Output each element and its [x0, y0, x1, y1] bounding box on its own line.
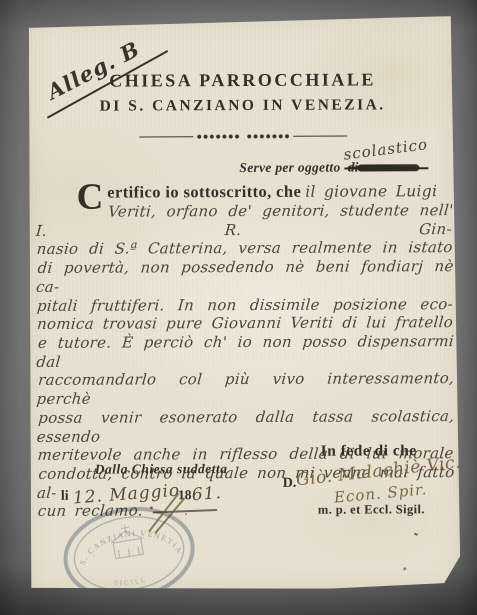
handwritten-line: pitali fruttiferi. In non dissimile posi…	[36, 295, 454, 316]
handwritten-line: raccomandarlo col più vivo interessament…	[36, 369, 455, 408]
dalla-chiesa-printed-text: Dalla Chiesa suddetta	[95, 461, 228, 478]
letterhead-title-line2: DI S. CANZIANO IN VENEZIA.	[27, 96, 458, 116]
divider-left-rule	[139, 136, 193, 138]
handwritten-line: possa venir esonerato dalla tassa scolas…	[36, 407, 455, 446]
church-seal-stamp: S. CANZIANI VENETIAR SIGILL	[52, 494, 206, 613]
handwritten-line: e tutore. È perciò ch' io non posso disp…	[36, 332, 455, 371]
dark-ink-speck	[403, 567, 406, 570]
printed-lead-text: ertifico io sottoscritto, che	[107, 182, 301, 202]
red-ink-speck	[185, 513, 187, 515]
date-year-handwritten: 61.	[191, 483, 222, 505]
letterhead-title-line1: CHIESA PARROCCHIALE	[27, 69, 458, 92]
subject-line: Serve per oggetto di scolastico	[239, 159, 454, 176]
handwritten-line: nasio di S.ª Catterina, versa realmente …	[36, 238, 454, 259]
seal-emblem	[109, 522, 146, 559]
divider-beads-right	[246, 134, 290, 139]
signature-sigil-printed: m. p. et Eccl. Sigil.	[318, 502, 425, 517]
red-ink-speck	[150, 506, 153, 509]
dark-ink-speck	[414, 532, 418, 536]
handwritten-line: Veriti, orfano de' genitori, studente ne…	[35, 201, 454, 240]
divider-beads-left	[196, 134, 240, 139]
document-paper: Alleg. B CHIESA PARROCCHIALE DI S. CANZI…	[27, 16, 460, 591]
handwritten-line: il giovane Luigi	[305, 182, 437, 201]
divider-right-rule	[293, 135, 347, 137]
scanned-document: Alleg. B CHIESA PARROCCHIALE DI S. CANZI…	[0, 0, 477, 615]
subject-printed-label: Serve per oggetto	[239, 160, 340, 175]
handwritten-line: di povertà, non possedendo nè beni fondi…	[35, 257, 454, 296]
handwritten-line: nomica trovasi pure Giovanni Veriti di l…	[36, 313, 454, 334]
ink-scribble-blot	[357, 165, 419, 172]
date-li-printed: li	[61, 489, 69, 504]
signature-d-printed: D.	[283, 476, 297, 492]
